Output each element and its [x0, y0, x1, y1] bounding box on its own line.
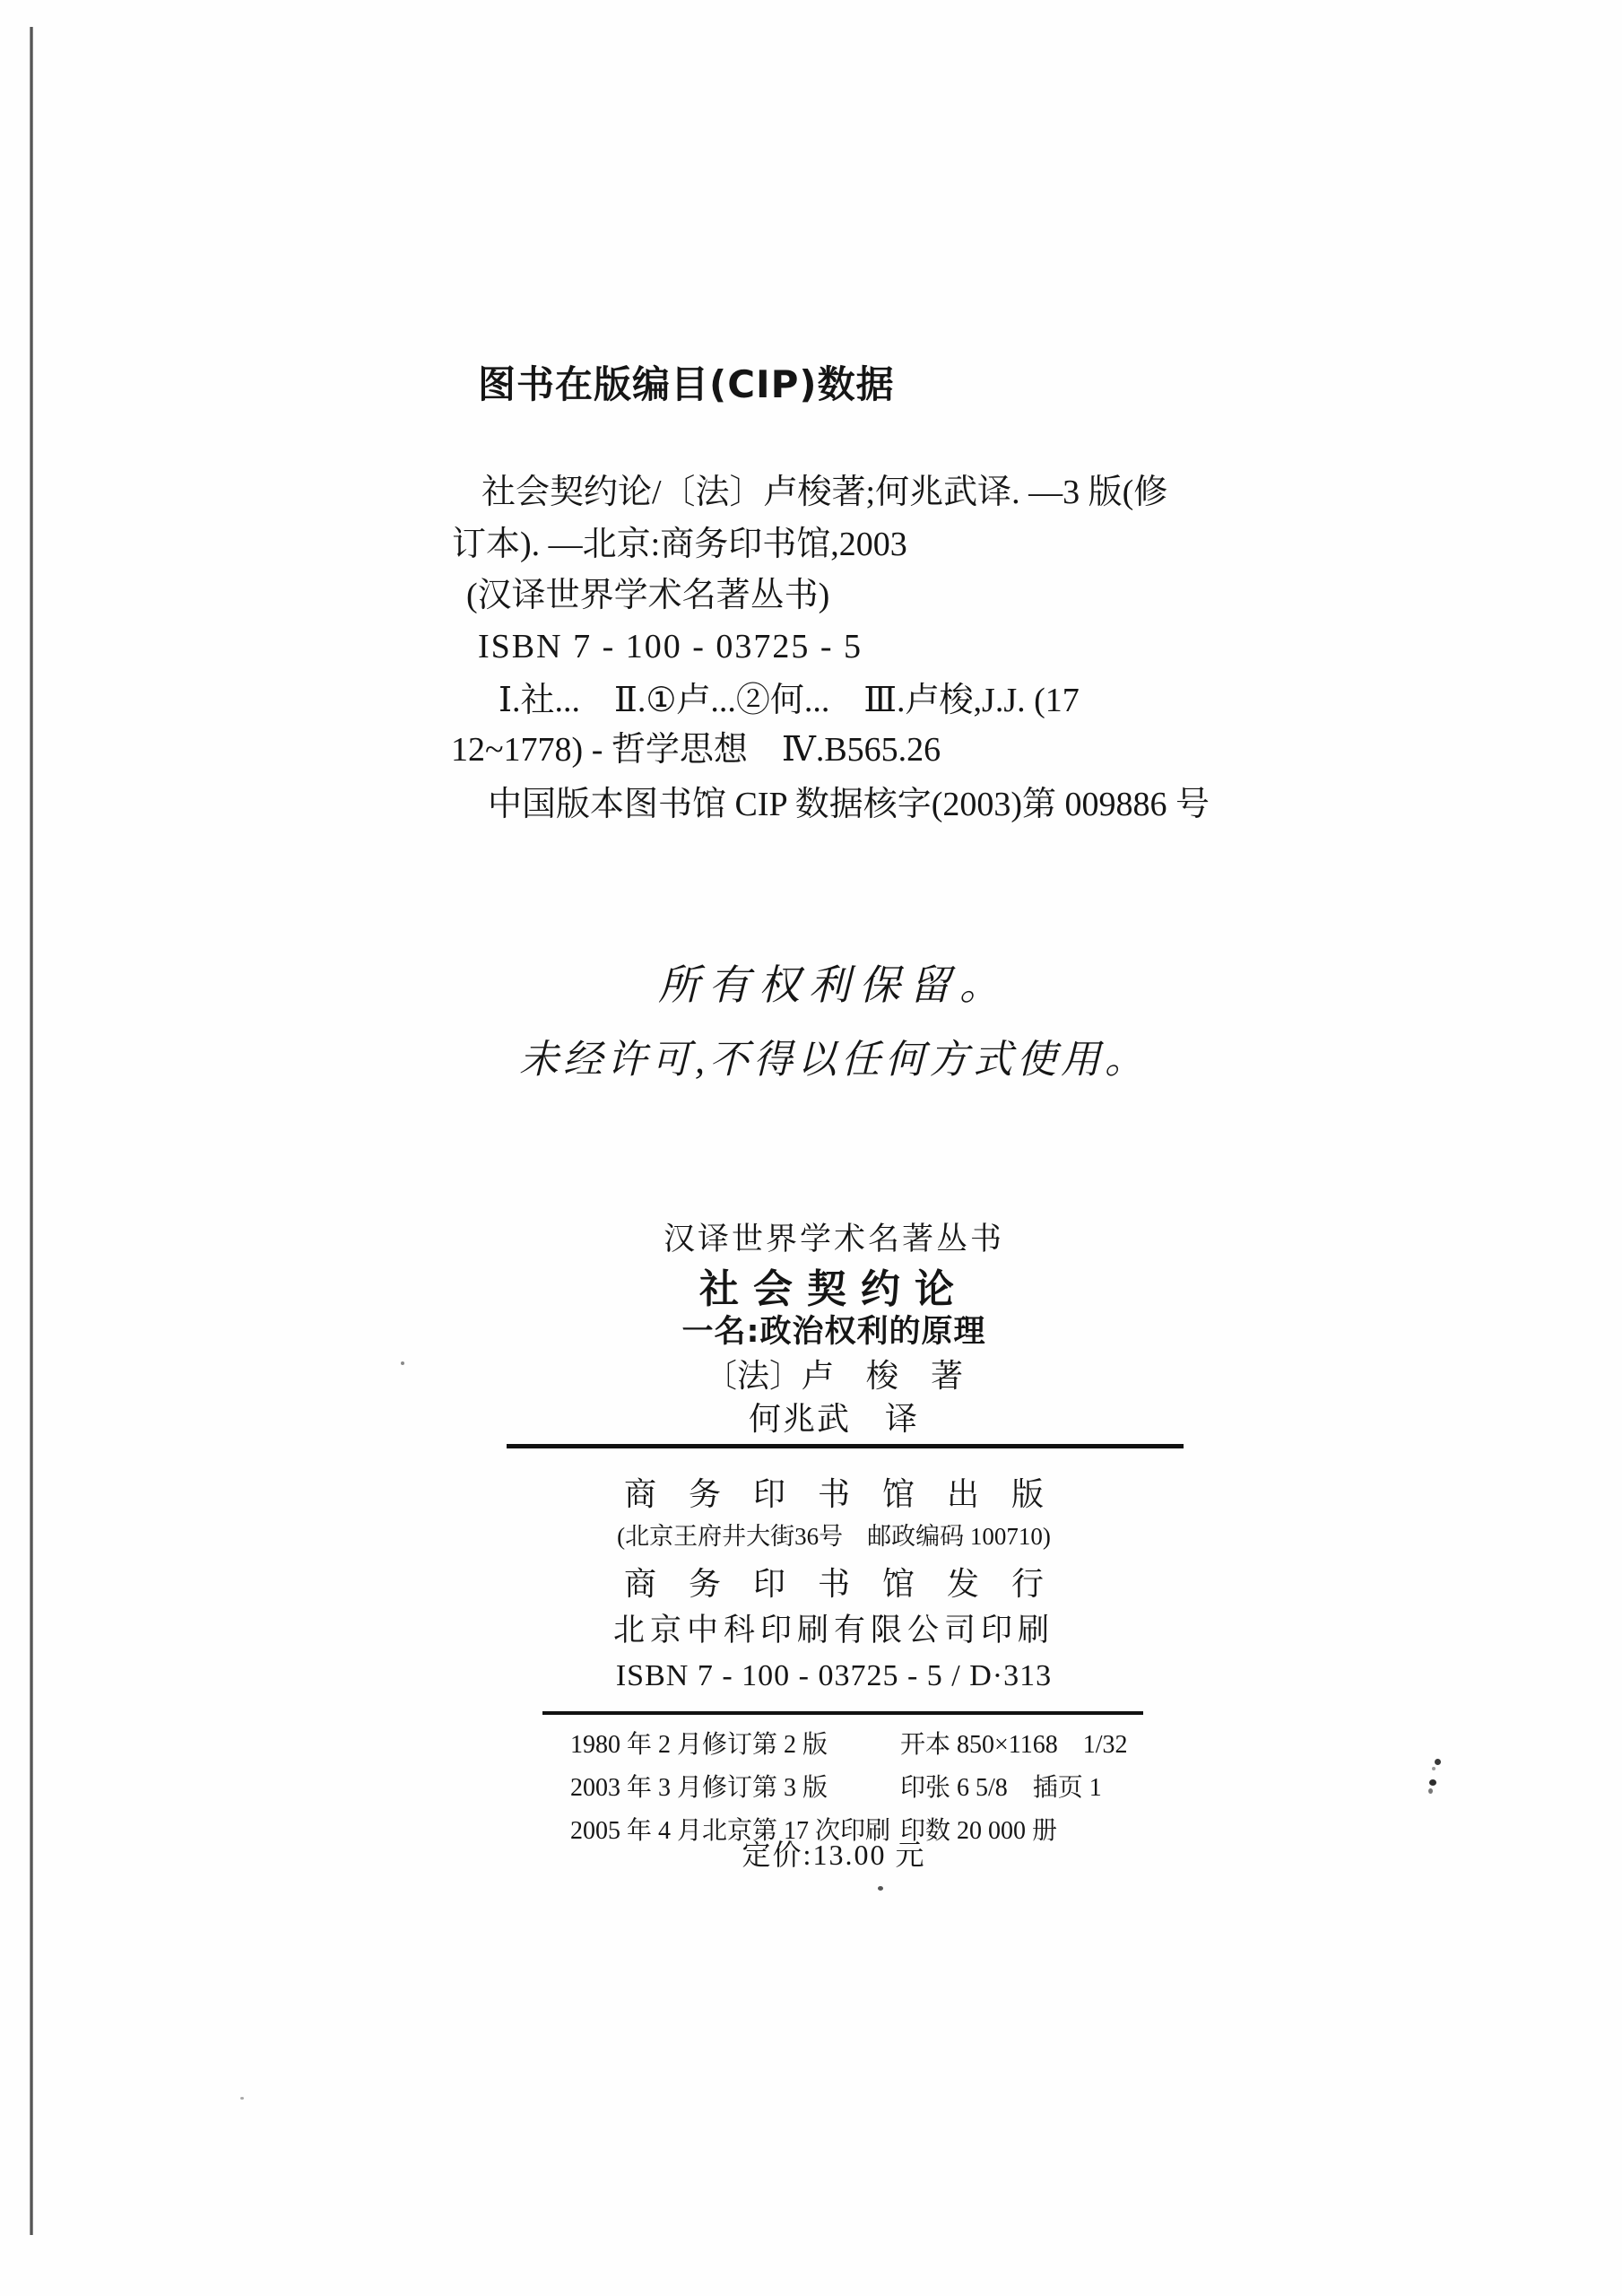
- ink-speck: [1428, 1788, 1433, 1794]
- edition-row-2-right: 印张 6 5/8 插页 1: [900, 1776, 1102, 1801]
- cip-isbn-line: ISBN 7 - 100 - 03725 - 5: [478, 630, 863, 664]
- edition-row-1-right: 开本 850×1168 1/32: [900, 1733, 1128, 1758]
- translator-line: 何兆武 译: [72, 1403, 1596, 1435]
- scan-edge-line: [30, 27, 33, 2235]
- rights-notice-line-2: 未经许可,不得以任何方式使用。: [72, 1040, 1596, 1080]
- ink-speck: [1435, 1759, 1441, 1765]
- publisher-line: 商 务 印 书 馆 出 版: [72, 1478, 1596, 1510]
- ink-speck: [401, 1361, 404, 1365]
- author-line: 〔法〕卢 梭 著: [72, 1360, 1596, 1392]
- price-line: 定价:13.00 元: [72, 1840, 1596, 1869]
- edition-row-1-left: 1980 年 2 月修订第 2 版: [570, 1733, 828, 1758]
- publisher-address-line: (北京王府井大街36号 邮政编码 100710): [72, 1525, 1596, 1549]
- cip-series-note-line: (汉译世界学术名著丛书): [466, 578, 829, 613]
- rights-notice-line-1: 所有权利保留。: [72, 965, 1596, 1006]
- ink-speck: [240, 2097, 244, 2100]
- divider-rule-top: [507, 1444, 1184, 1448]
- ink-speck: [878, 1886, 883, 1891]
- cip-classification-line-1: Ⅰ.社... Ⅱ.①卢...②何... Ⅲ.卢梭,J.J. (17: [499, 683, 1080, 717]
- book-title: 社会契约论: [72, 1270, 1596, 1309]
- edition-row-2-left: 2003 年 3 月修订第 3 版: [570, 1776, 828, 1801]
- cip-entry-line-2: 订本). —北京:商务印书馆,2003: [452, 527, 907, 561]
- book-copyright-page: 图书在版编目(CIP)数据 社会契约论/〔法〕卢梭著;何兆武译. —3 版(修 …: [0, 0, 1622, 2296]
- imprint-isbn-line: ISBN 7 - 100 - 03725 - 5 / D·313: [72, 1661, 1596, 1692]
- divider-rule-bottom: [542, 1711, 1143, 1715]
- book-subtitle: 一名:政治权利的原理: [72, 1317, 1596, 1348]
- cip-entry-line-1: 社会契约论/〔法〕卢梭著;何兆武译. —3 版(修: [481, 475, 1167, 509]
- printer-line: 北京中科印刷有限公司印刷: [72, 1614, 1596, 1646]
- ink-speck: [1429, 1779, 1436, 1786]
- ink-speck: [1432, 1767, 1436, 1770]
- series-name: 汉译世界学术名著丛书: [72, 1223, 1596, 1255]
- cip-classification-line-2: 12~1778) - 哲学思想 Ⅳ.B565.26: [451, 733, 941, 767]
- cip-header: 图书在版编目(CIP)数据: [478, 366, 895, 404]
- distributor-line: 商 务 印 书 馆 发 行: [72, 1568, 1596, 1600]
- cip-record-number-line: 中国版本图书馆 CIP 数据核字(2003)第 009886 号: [488, 787, 1210, 822]
